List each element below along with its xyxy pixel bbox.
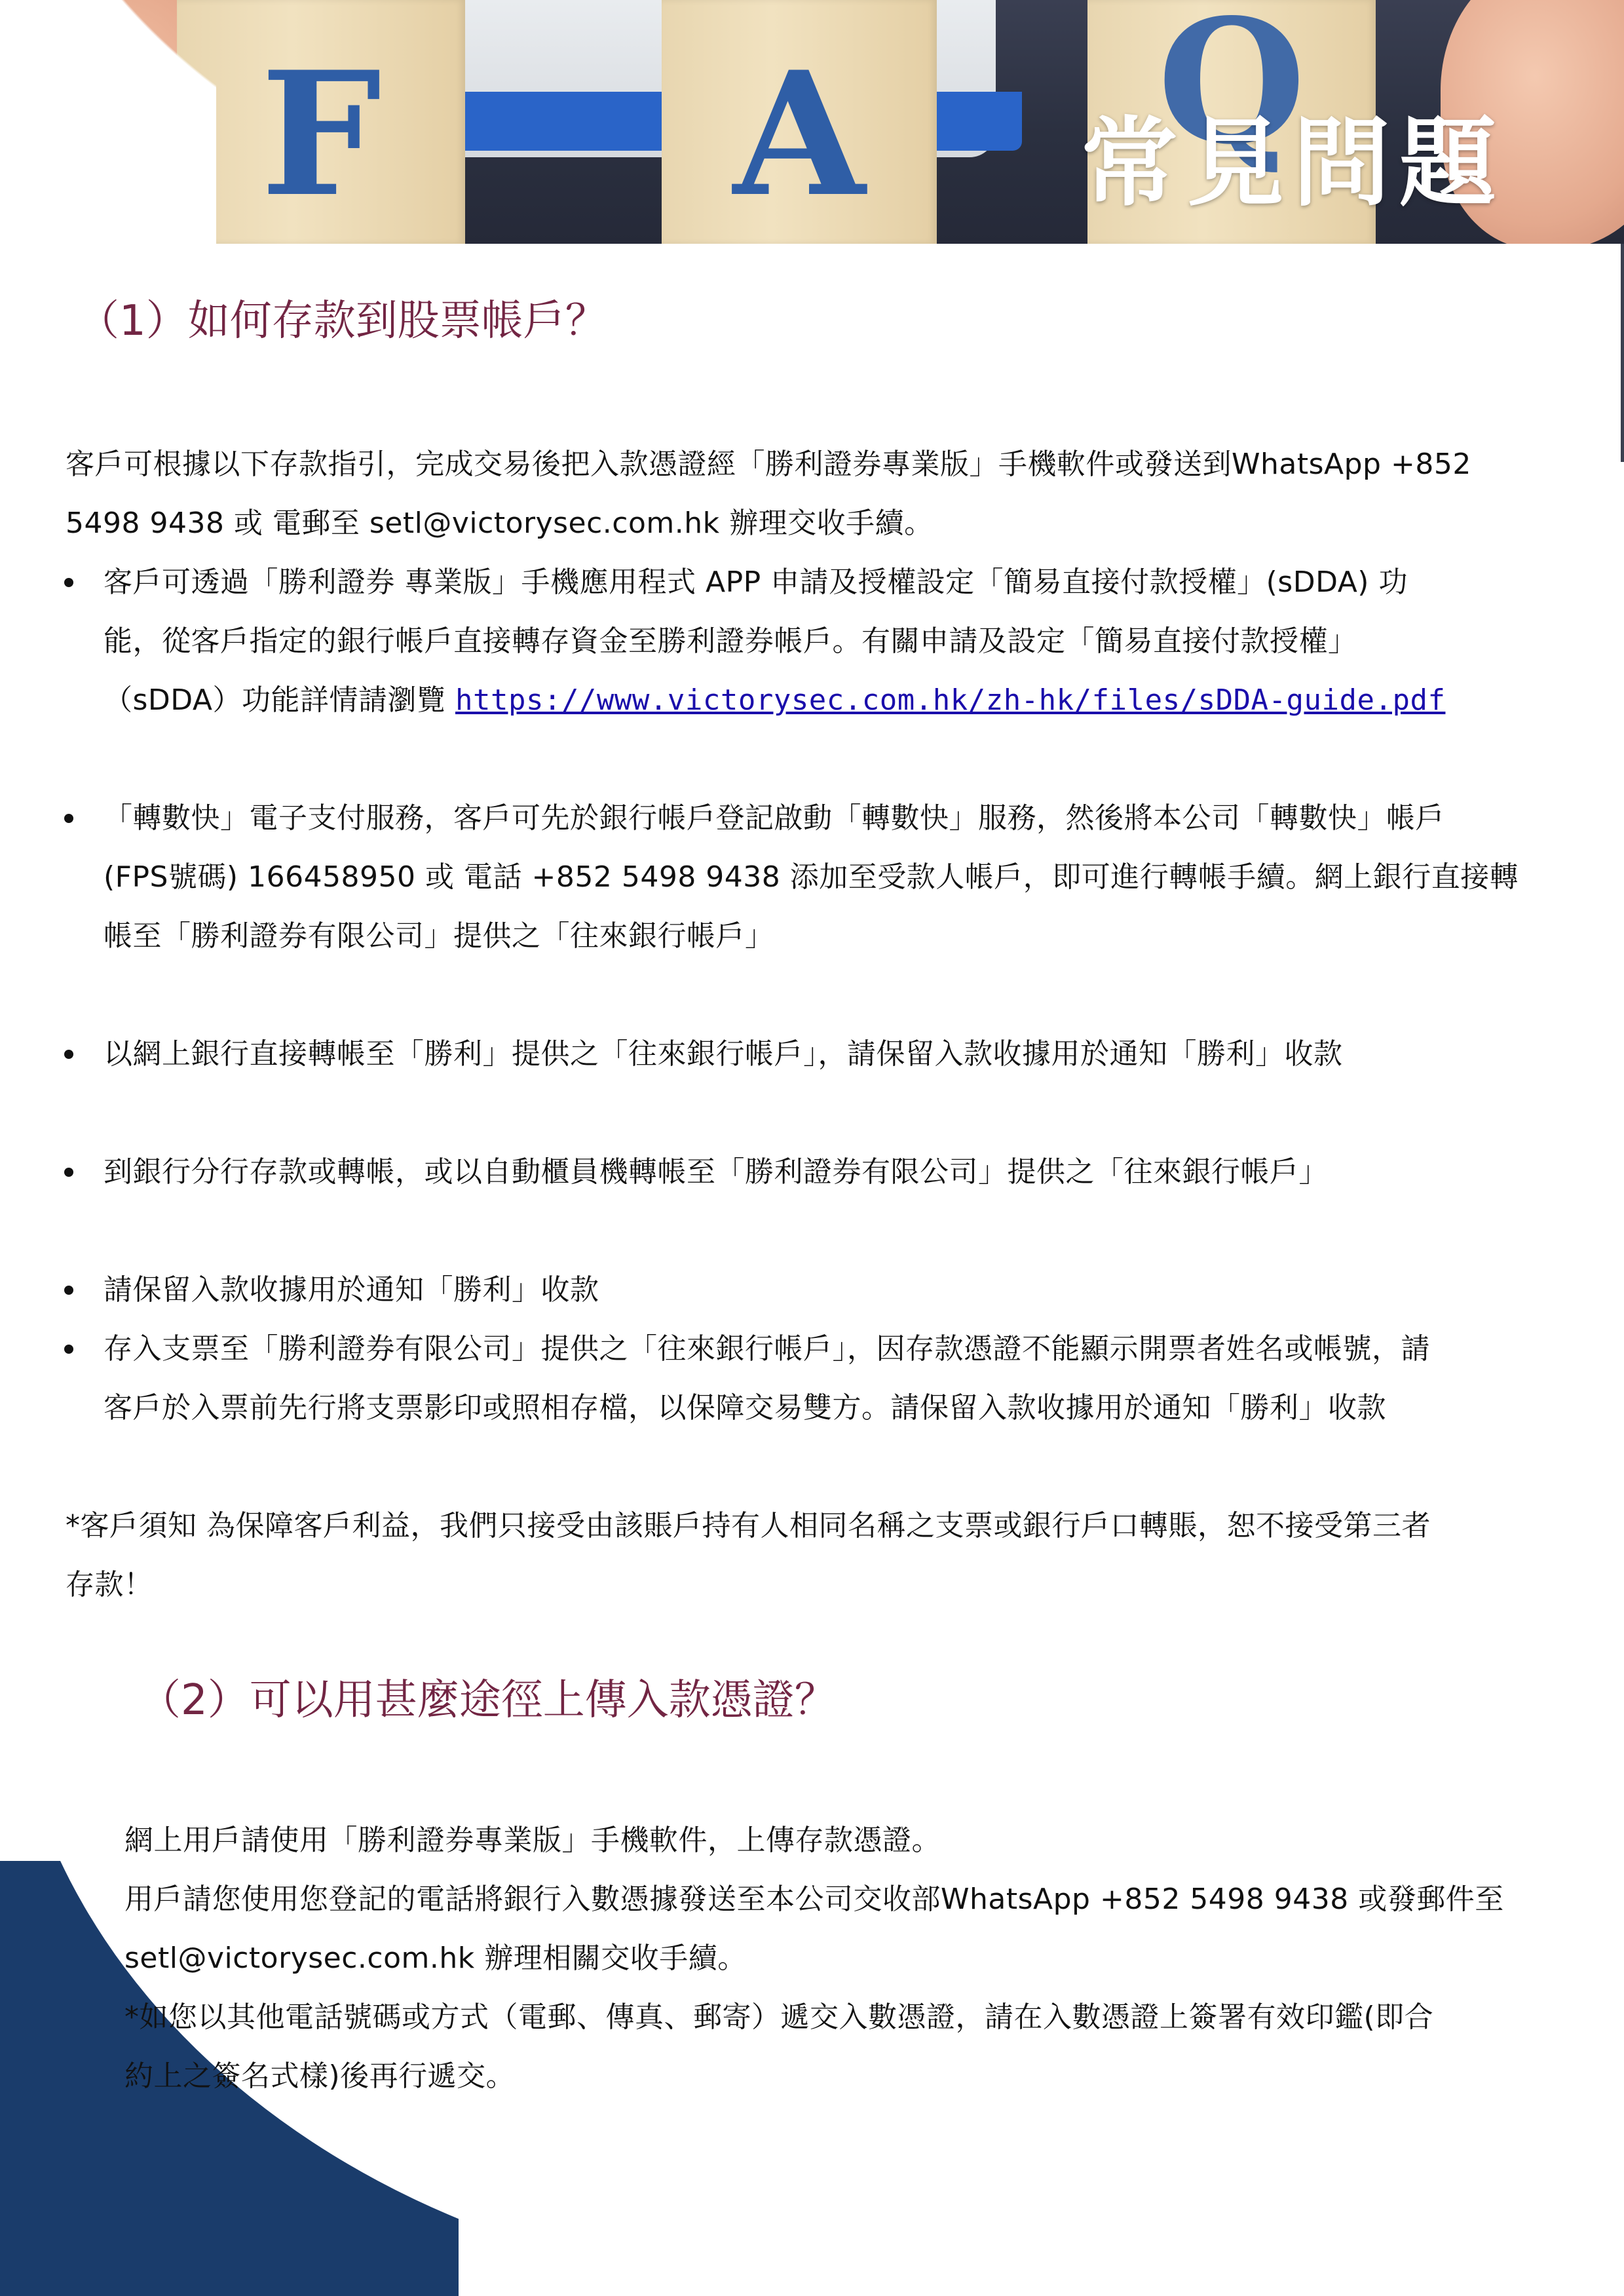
answer-2-line-2: 用戶請您使用您登記的電話將銀行入數憑據發送至本公司交收部WhatsApp +85…: [124, 1870, 1504, 1929]
question-1-heading: （1）如何存款到股票帳戶？: [77, 300, 607, 342]
bullet-2-line-2: (FPS號碼) 166458950 或 電話 +852 5498 9438 添加…: [104, 848, 1519, 907]
bullet-4-line-1: 到銀行分行存款或轉帳，或以自動櫃員機轉帳至「勝利證券有限公司」提供之「往來銀行帳…: [104, 1143, 1328, 1202]
bullet-icon: [64, 814, 73, 823]
bullet-6-line-1: 存入支票至「勝利證券有限公司」提供之「往來銀行帳戶」，因存款憑證不能顯示開票者姓…: [104, 1320, 1430, 1379]
wooden-block-a: A: [662, 0, 937, 244]
question-2-heading: （2）可以用甚麼途徑上傳入款憑證？: [139, 1679, 837, 1721]
bullet-icon: [64, 1050, 73, 1059]
notice-line-2: 存款！: [66, 1556, 153, 1615]
bullet-icon: [64, 1168, 73, 1177]
bullet-icon: [64, 1345, 73, 1354]
block-letter-f: F: [261, 50, 382, 220]
bullet-3-line-1: 以網上銀行直接轉帳至「勝利」提供之「往來銀行帳戶」，請保留入款收據用於通知「勝利…: [104, 1025, 1343, 1084]
right-edge-strip: [1621, 244, 1624, 462]
banner-curve-cutout: [0, 0, 216, 244]
bullet-icon: [64, 578, 73, 587]
sdda-guide-link[interactable]: https://www.victorysec.com.hk/zh-hk/file…: [455, 683, 1445, 717]
faq-header-banner: F A Q 常見問題: [0, 0, 1624, 244]
bullet-1-line-3-text: （sDDA）功能詳情請瀏覽: [104, 683, 455, 717]
answer-2-line-5: 約上之簽名式樣)後再行遞交。: [124, 2047, 515, 2106]
bullet-2-line-3: 帳至「勝利證券有限公司」提供之「往來銀行帳戶」: [104, 907, 774, 966]
answer-2-line-3: setl@victorysec.com.hk 辦理相關交收手續。: [124, 1929, 747, 1988]
answer-2-line-4: *如您以其他電話號碼或方式（電郵、傳真、郵寄）遞交入數憑證，請在入數憑證上簽署有…: [124, 1988, 1433, 2047]
bullet-2-line-1: 「轉數快」電子支付服務，客戶可先於銀行帳戶登記啟動「轉數快」服務，然後將本公司「…: [104, 789, 1445, 848]
intro-line-1: 客戶可根據以下存款指引，完成交易後把入款憑證經「勝利證券專業版」手機軟件或發送到…: [66, 435, 1471, 494]
answer-2-line-1: 網上用戶請使用「勝利證券專業版」手機軟件，上傳存款憑證。: [124, 1811, 941, 1870]
page-title: 常見問題: [1081, 115, 1505, 212]
notice-line-1: *客戶須知 為保障客戶利益，我們只接受由該賬戶持有人相同名稱之支票或銀行戶口轉賬…: [66, 1497, 1431, 1556]
bullet-1-line-1: 客戶可透過「勝利證券 專業版」手機應用程式 APP 申請及授權設定「簡易直接付款…: [104, 553, 1408, 612]
bullet-5-line-1: 請保留入款收據用於通知「勝利」收款: [104, 1261, 599, 1320]
bullet-6-line-2: 客戶於入票前先行將支票影印或照相存檔，以保障交易雙方。請保留入款收據用於通知「勝…: [104, 1379, 1386, 1438]
wooden-block-f: F: [177, 0, 465, 244]
bullet-1-line-2: 能，從客戶指定的銀行帳戶直接轉存資金至勝利證券帳戶。有關申請及設定「簡易直接付款…: [104, 612, 1357, 671]
bullet-icon: [64, 1286, 73, 1295]
block-letter-a: A: [733, 50, 865, 220]
intro-line-2: 5498 9438 或 電郵至 setl@victorysec.com.hk 辦…: [66, 494, 934, 553]
bullet-1-line-3: （sDDA）功能詳情請瀏覽 https://www.victorysec.com…: [104, 671, 1445, 730]
